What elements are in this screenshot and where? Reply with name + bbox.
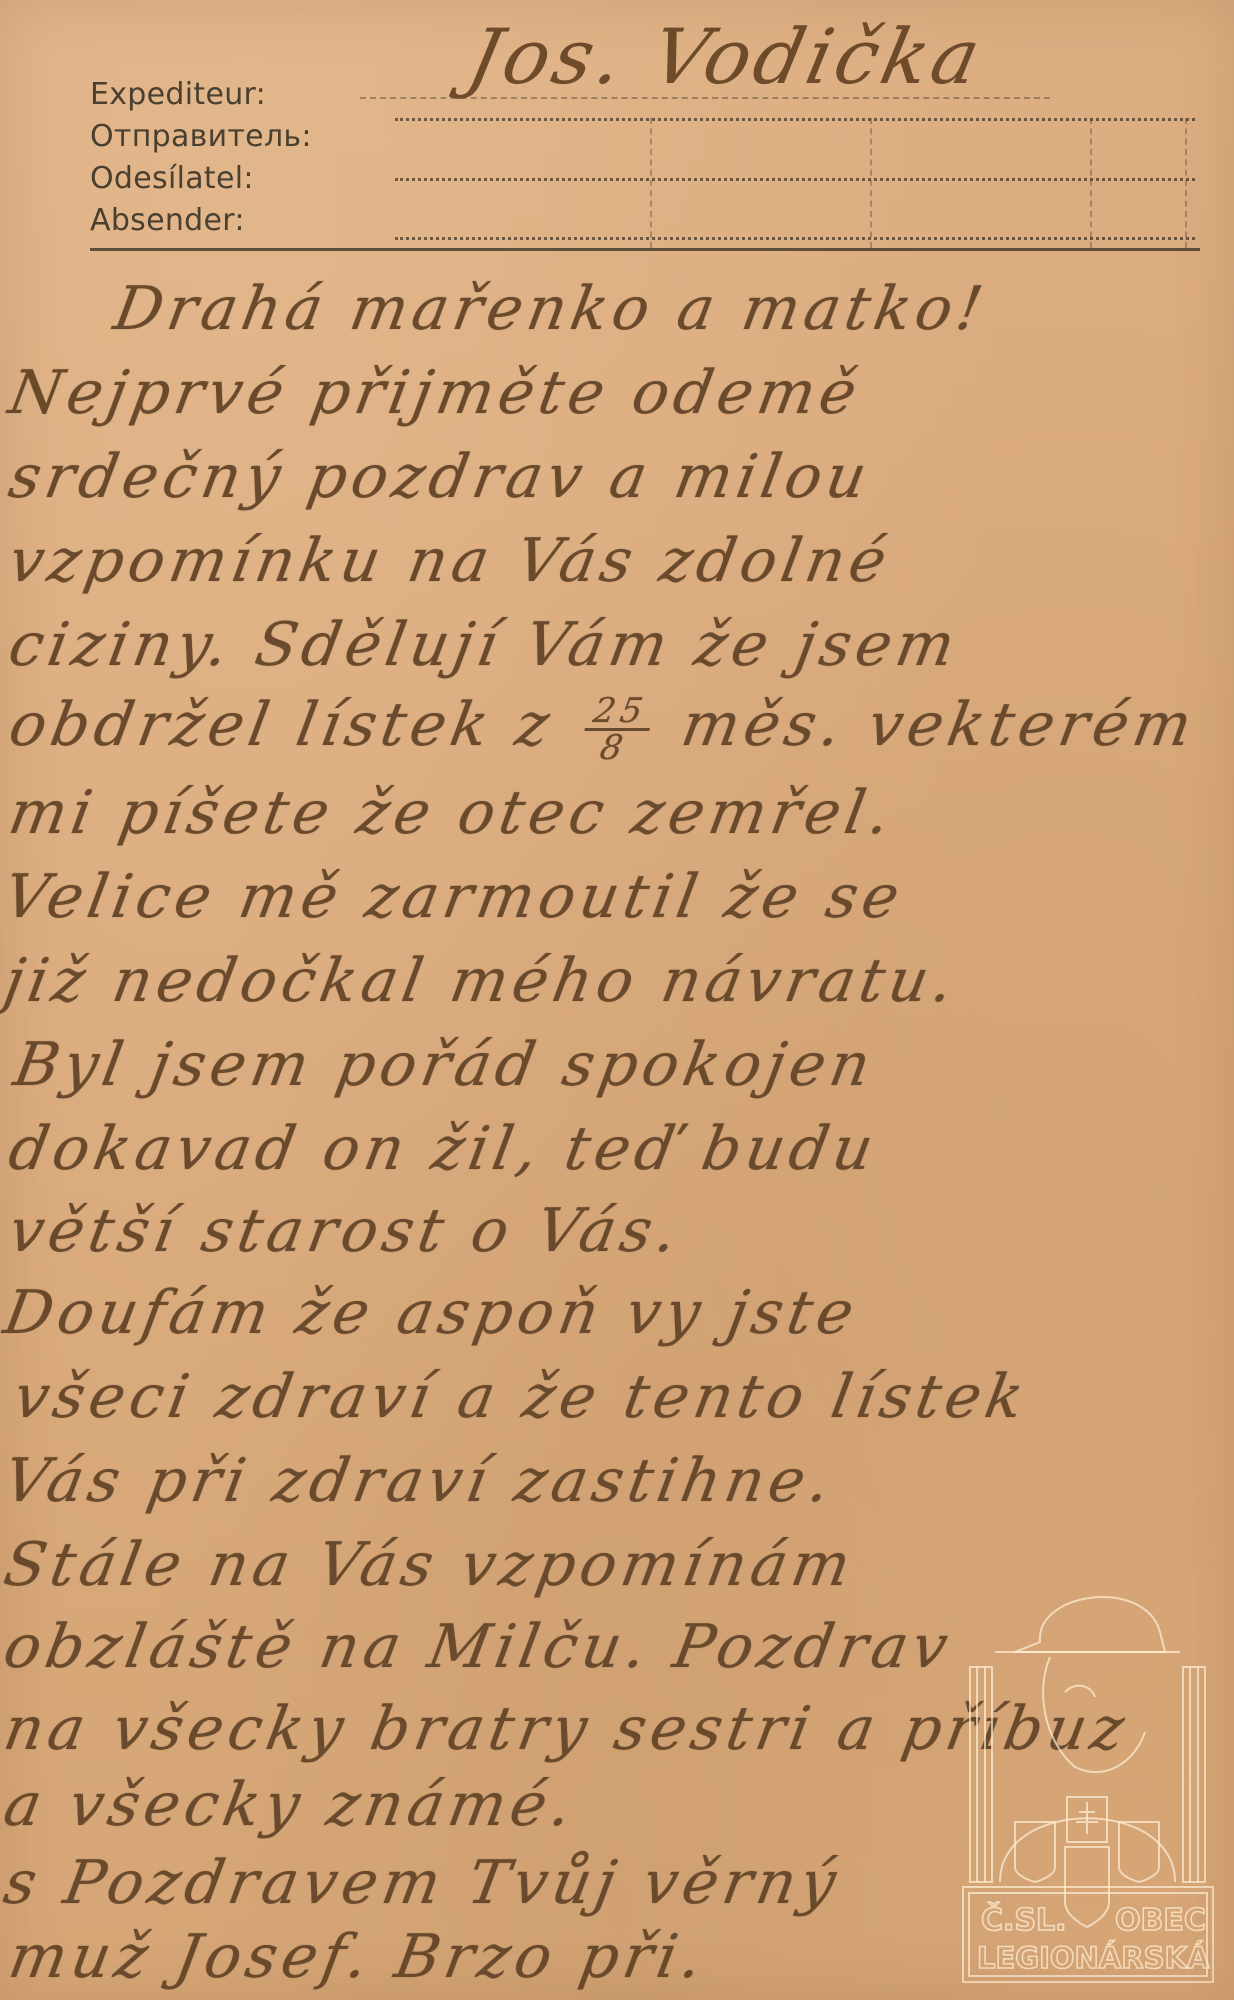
letter-line: Velice mě zarmoutil že se	[0, 862, 909, 932]
letter-line: Nejprvé přijměte odemě	[4, 358, 867, 428]
legion-emblem-icon: Č.SL. OBEC LEGIONÁRSKÁ	[955, 1572, 1220, 1987]
closing-line: s Pozdravem Tvůj věrný	[0, 1848, 846, 1918]
letter-line: větší starost o Vás.	[4, 1196, 687, 1266]
sender-label-de: Absender:	[90, 204, 245, 238]
fold-mark	[1185, 118, 1187, 248]
postcard: Expediteur: Отправитель: Odesílatel: Abs…	[0, 0, 1234, 2000]
stamp-text-obec: OBEC	[1115, 1903, 1206, 1938]
letter-line: dokavad on žil, teď budu	[4, 1114, 883, 1184]
embossed-legion-stamp: Č.SL. OBEC LEGIONÁRSKÁ	[955, 1572, 1220, 1987]
divider-rule	[90, 248, 1200, 251]
handwritten-sender-name: Jos. Vodička	[461, 12, 992, 101]
dotted-rule	[395, 237, 1195, 240]
sender-label-fr: Expediteur:	[90, 78, 266, 112]
letter-line: vzpomínku na Vás zdolné	[4, 526, 897, 596]
letter-line: srdečný pozdrav a milou	[4, 442, 877, 512]
signature-line: muž Josef. Brzo při.	[4, 1922, 712, 1992]
fold-mark	[1090, 118, 1092, 248]
letter-line: Vás při zdraví zastihne.	[0, 1446, 840, 1516]
date-month: 8	[578, 731, 649, 765]
letter-line: Doufám že aspoň vy jste	[0, 1278, 864, 1348]
letter-line: mi píšete že otec zemřel.	[4, 778, 900, 848]
date-day: 25	[584, 694, 656, 731]
date-fraction: 25 8	[578, 694, 656, 765]
sender-block: Expediteur: Отправитель: Odesílatel: Abs…	[90, 78, 1200, 253]
sender-label-ru: Отправитель:	[90, 120, 312, 154]
letter-line: Byl jsem pořád spokojen	[9, 1030, 880, 1100]
letter-line: všeci zdraví a že tento lístek	[9, 1362, 1034, 1432]
letter-line-text: měs. vekterém	[677, 690, 1202, 760]
letter-line: ciziny. Sdělují Vám že jsem	[4, 610, 965, 680]
fold-mark	[870, 118, 872, 248]
letter-line: Stále na Vás vzpomínám	[0, 1530, 860, 1600]
sender-label-cz: Odesílatel:	[90, 162, 254, 196]
stamp-text-csl: Č.SL.	[981, 1901, 1067, 1938]
dotted-rule	[395, 118, 1195, 121]
letter-line: Drahá mařenko a matko!	[109, 274, 993, 344]
letter-line: na všecky bratry sestri a příbuz	[0, 1694, 1134, 1764]
dotted-rule	[395, 178, 1195, 181]
letter-line: a všecky známé.	[0, 1770, 582, 1840]
letter-line: již nedočkal mého návratu.	[0, 946, 963, 1016]
fold-mark	[650, 118, 652, 248]
stamp-text-legionarska: LEGIONÁRSKÁ	[977, 1941, 1210, 1975]
letter-line: obzláště na Milču. Pozdrav	[0, 1612, 958, 1682]
letter-line-with-date: obdržel lístek z 25 8 měs. vekterém	[3, 690, 1201, 765]
letter-line-text: obdržel lístek z	[4, 690, 559, 760]
